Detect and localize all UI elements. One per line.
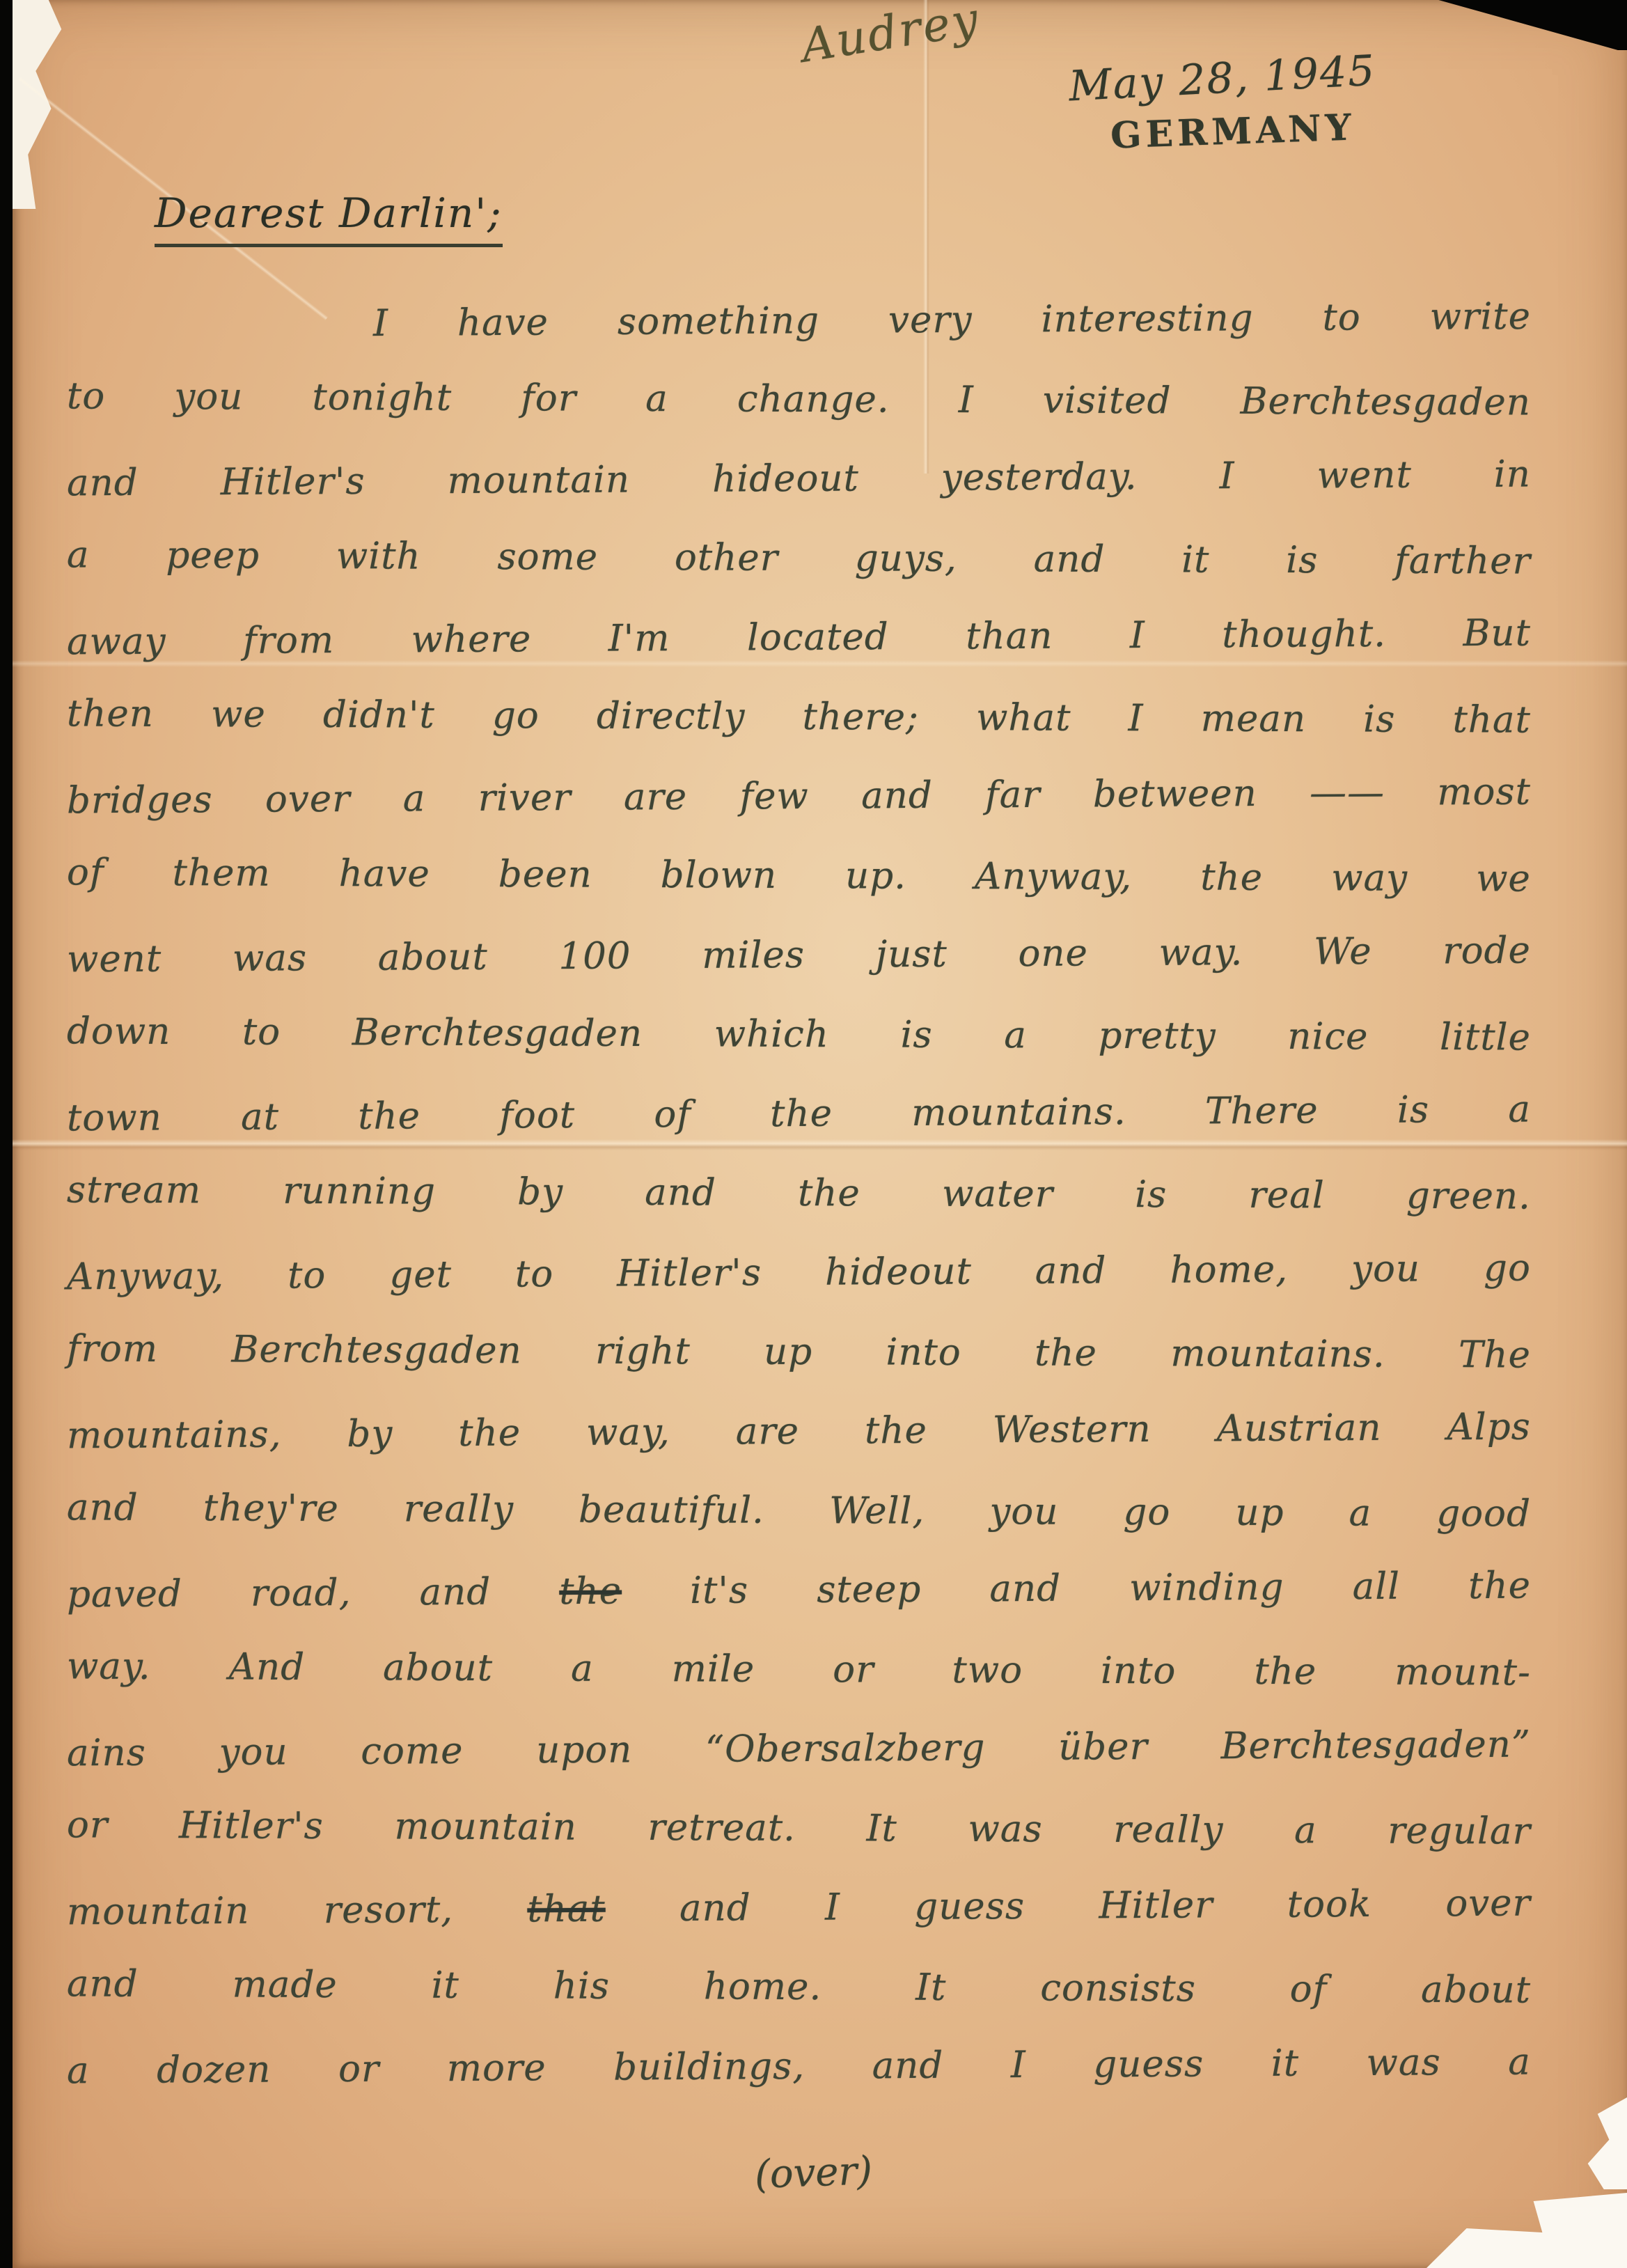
word: mile [672,1648,755,1691]
letter-line: ofthemhavebeenblownup.Anyway,thewaywe [67,832,1531,918]
word: foot [499,1093,575,1136]
word: which [714,1012,830,1056]
word: we [211,693,266,735]
word: and [1034,538,1106,580]
letter-line: andmadeithishome.Itconsistsofabout [67,1944,1531,2029]
word: very [888,298,973,341]
letter-line: mountainresort,thatandIguessHitlertookov… [67,1863,1532,1952]
word: you [989,1490,1058,1533]
word: thought. [1222,612,1386,655]
word: to [67,375,105,417]
word: yesterday. [941,455,1138,499]
word: it [431,1964,459,2006]
word: I [1011,2044,1026,2086]
word: town [67,1096,162,1139]
word: home, [1170,1248,1288,1291]
word: took [1287,1882,1372,1925]
letter-line: thenwedidn'tgodirectlythere;whatImeanist… [67,673,1531,759]
letter-line: fromBerchtesgadenrightupintothemountains… [67,1308,1531,1394]
word: for [521,377,576,419]
word: most [1437,770,1531,813]
word: I [373,302,388,344]
word: of [67,851,104,893]
word: and [419,1570,491,1613]
word: green. [1406,1174,1531,1217]
word: to [1322,296,1361,338]
word: pretty [1098,1014,1216,1057]
word: way. [1158,931,1243,974]
word: guess [1093,2042,1204,2086]
word: farther [1394,539,1531,582]
word: to [288,1254,327,1297]
word: way [1331,857,1408,899]
word: the [1254,1650,1316,1692]
word: nice [1287,1015,1368,1058]
word: the [865,1409,927,1452]
date-block: May 28, 1945 GERMANY [1069,54,1376,152]
word: steep [817,1567,922,1611]
salutation: Dearest Darlin'; [155,189,503,247]
word: of [1290,1968,1328,2010]
word: been [498,853,592,896]
letter-line: apeepwithsomeotherguys,anditisfarther [67,515,1531,600]
word: went [1316,453,1412,496]
word: The [1459,1334,1531,1376]
scanned-letter-page: { "colors": { "scan_background": "#06060… [0,0,1627,2268]
word: mountain [67,1889,250,1933]
word: a [1508,2040,1531,2083]
word: are [736,1409,800,1453]
word: hideout [825,1250,972,1293]
word: some [497,535,598,579]
word: the [458,1411,521,1455]
word: and [679,1886,751,1930]
word: the [358,1095,420,1138]
word: down [67,1010,171,1053]
word: upon [536,1728,632,1772]
word: I [1130,613,1145,656]
word: his [553,1964,611,2007]
word: or [67,1804,109,1846]
word: paved [67,1572,182,1616]
word: I [959,379,974,421]
word: into [1101,1649,1177,1691]
word: between [1093,772,1257,815]
word: have [339,852,430,896]
word: ains [67,1731,146,1774]
word: Berchtesgaden” [1220,1723,1531,1767]
word: the [1468,1564,1531,1607]
word: where [411,618,531,661]
word: regular [1388,1809,1531,1852]
word: go [1484,1246,1531,1289]
word: mountain [394,1805,577,1848]
word: what [976,696,1071,740]
word: guess [914,1885,1025,1928]
word: I [1219,455,1234,497]
word: Berchtesgaden [231,1328,522,1372]
word: is [900,1013,932,1056]
word: than [966,614,1053,657]
word: it [1181,538,1210,581]
word: mountains. [1170,1332,1385,1375]
word: bridges [67,779,213,822]
letter-line: pavedroad,andtheit'ssteepandwindingallth… [67,1546,1532,1634]
word: winding [1129,1565,1284,1609]
word: have [457,301,549,344]
letter-line: way.Andaboutamileortwointothemount- [67,1626,1531,1712]
word: a [403,777,426,820]
word: and [67,1962,139,2005]
letter-line: awayfromwhereI'mlocatedthanIthought.But [67,593,1532,682]
word: into [886,1331,961,1373]
word: with [336,535,421,578]
word: really [404,1487,514,1531]
word: a [645,377,668,420]
word: a [1508,1088,1531,1130]
word: real [1248,1173,1325,1216]
letter-body: Ihavesomethingveryinterestingtowritetoyo… [67,280,1531,2106]
word: was [1366,2041,1441,2084]
word: away [67,620,166,663]
letter-line: bridgesoverariverarefewandfarbetween——mo… [67,752,1532,840]
word: Anyway, [975,855,1132,898]
word: the [1035,1331,1097,1374]
word: made [232,1963,337,2006]
word: a [67,2049,90,2092]
word: Alps [1447,1405,1531,1448]
word: in [1494,453,1531,495]
word: dozen [157,2048,272,2091]
word: went [67,937,162,980]
word: you [1351,1247,1420,1290]
word: other [675,536,778,579]
word: blown [661,854,778,897]
word: there; [802,696,919,739]
word: hideout [712,457,859,500]
word: buildings, [613,2044,805,2088]
word: visited [1043,379,1172,422]
word: the [1200,856,1263,898]
word: mount- [1394,1650,1531,1694]
word: over [1445,1882,1531,1925]
word: retreat. [647,1806,796,1849]
word: It [866,1807,897,1849]
word: the [770,1092,833,1135]
word: mean [1201,697,1307,740]
word: über [1058,1725,1148,1768]
word: and [645,1171,716,1214]
letter-line: andHitler'smountainhideoutyesterday.Iwen… [67,435,1532,523]
word: I'm [608,617,670,660]
word: and [872,2044,943,2087]
letter-line: mountains,bytheway,aretheWesternAustrian… [67,1387,1532,1476]
word: directly [597,694,746,737]
word: go [1123,1491,1170,1533]
word: about [378,935,488,978]
word: a [571,1647,594,1689]
word: they're [203,1487,339,1530]
word: come [361,1729,464,1772]
word: more [447,2047,547,2090]
word: and [67,1486,139,1528]
word: resort, [324,1888,454,1932]
word: from [243,619,334,662]
word: was [968,1808,1042,1850]
word: about [1421,1968,1531,2011]
word: them [172,852,270,895]
word: you [174,375,243,418]
word: get [389,1253,452,1297]
word: Hitler's [179,1804,324,1847]
word: But [1463,611,1531,655]
word: up [764,1330,812,1372]
word: miles [702,933,805,976]
letter-location: GERMANY [1110,105,1376,157]
word: is [1363,698,1395,740]
word: just [876,932,948,976]
word: something [618,299,820,343]
letter-line: streamrunningbyandthewaterisrealgreen. [67,1150,1531,1235]
letter-line: Anyway,togettoHitler'shideoutandhome,you… [67,1228,1532,1317]
letter-line: downtoBerchtesgadenwhichisaprettynicelit… [67,991,1531,1077]
letter-line: townatthefootofthemountains.Thereisa [67,1070,1532,1158]
word: Austrian [1216,1406,1381,1449]
letter-line: ainsyoucomeupon“ObersalzbergüberBerchtes… [67,1705,1532,1793]
word: Hitler's [617,1251,762,1295]
word: way. [67,1645,151,1688]
word: at [241,1095,279,1138]
word: mountain [447,458,630,502]
word: running [283,1169,436,1212]
word: that [1452,698,1531,741]
word: a [67,533,90,576]
struck-word: the [559,1570,622,1613]
word: to [515,1253,554,1295]
word: peep [166,534,260,577]
word: by [347,1412,393,1455]
word: are [624,775,688,818]
struck-word: that [527,1887,606,1930]
word: by [517,1171,563,1213]
word: right [595,1329,691,1372]
word: then [67,692,154,735]
word: interesting [1041,297,1253,341]
letter-line: Ihavesomethingveryinterestingtowrite [373,276,1532,363]
word: stream [67,1168,201,1212]
letter-line: toyoutonightforachange.IvisitedBerchtesg… [67,356,1531,441]
word: We [1314,930,1372,973]
letter-line: adozenormorebuildings,andIguessitwasa [67,2022,1532,2111]
word: Hitler's [221,460,366,503]
word: good [1436,1492,1531,1535]
word: Berchtesgaden [1241,380,1532,423]
word: beautiful. [579,1488,764,1531]
word: Anyway, [67,1255,224,1298]
word: or [338,2047,380,2090]
word: water [942,1172,1053,1215]
word: was [233,937,308,980]
word: Well, [829,1489,925,1533]
word: Hitler [1099,1884,1213,1927]
word: mountains, [67,1413,282,1457]
word: and [989,1567,1061,1610]
word: two [952,1648,1023,1691]
word: you [219,1730,288,1774]
word: I [825,1886,840,1928]
word: from [67,1327,158,1370]
word: all [1352,1565,1400,1607]
word: didn't [323,694,435,737]
word: it's [690,1569,748,1612]
word: really [1113,1808,1223,1851]
word: change. [737,377,890,421]
word: road, [251,1571,352,1614]
word: It [915,1966,947,2008]
word: we [1476,857,1531,900]
word: home. [704,1965,822,2008]
word: it [1271,2042,1300,2084]
word: is [1397,1088,1430,1131]
word: one [1018,932,1088,975]
word: a [1004,1014,1027,1056]
letter-line: andthey'rereallybeautiful.Well,yougoupag… [67,1467,1531,1553]
letter-line: orHitler'smountainretreat.Itwasreallyare… [67,1785,1531,1870]
word: mountains. [911,1090,1126,1134]
word: few [739,774,809,818]
word: and [1035,1249,1107,1292]
word: —— [1310,771,1385,814]
word: a [1349,1492,1371,1534]
word: about [383,1646,493,1689]
word: guys, [855,537,957,580]
word: rode [1443,929,1531,972]
word: There [1205,1089,1319,1132]
word: consists [1040,1966,1196,2010]
word: the [798,1171,860,1214]
word: or [833,1648,874,1691]
word: to [242,1010,281,1053]
word: located [747,616,889,659]
word: up. [845,854,906,897]
word: little [1440,1016,1531,1059]
word: over [265,777,351,820]
word: tonight [312,375,452,419]
word: way, [586,1411,670,1454]
word: go [492,694,540,737]
word: of [654,1093,691,1135]
word: and [67,461,139,504]
word: 100 [558,934,631,978]
letter-date: May 28, 1945 [1067,46,1376,111]
word: write [1429,295,1531,338]
word: up [1235,1491,1284,1533]
word: Berchtesgaden [352,1011,643,1055]
word: far [985,773,1041,815]
word: and [861,774,933,817]
word: “Obersalzberg [705,1726,986,1770]
word: is [1286,539,1318,581]
word: is [1135,1173,1167,1216]
word: I [1129,697,1144,740]
word: And [229,1645,306,1688]
letter-line: wentwasabout100milesjustoneway.Werode [67,911,1532,999]
word: river [478,776,571,819]
word: a [1294,1809,1317,1852]
word: Western [993,1407,1152,1450]
